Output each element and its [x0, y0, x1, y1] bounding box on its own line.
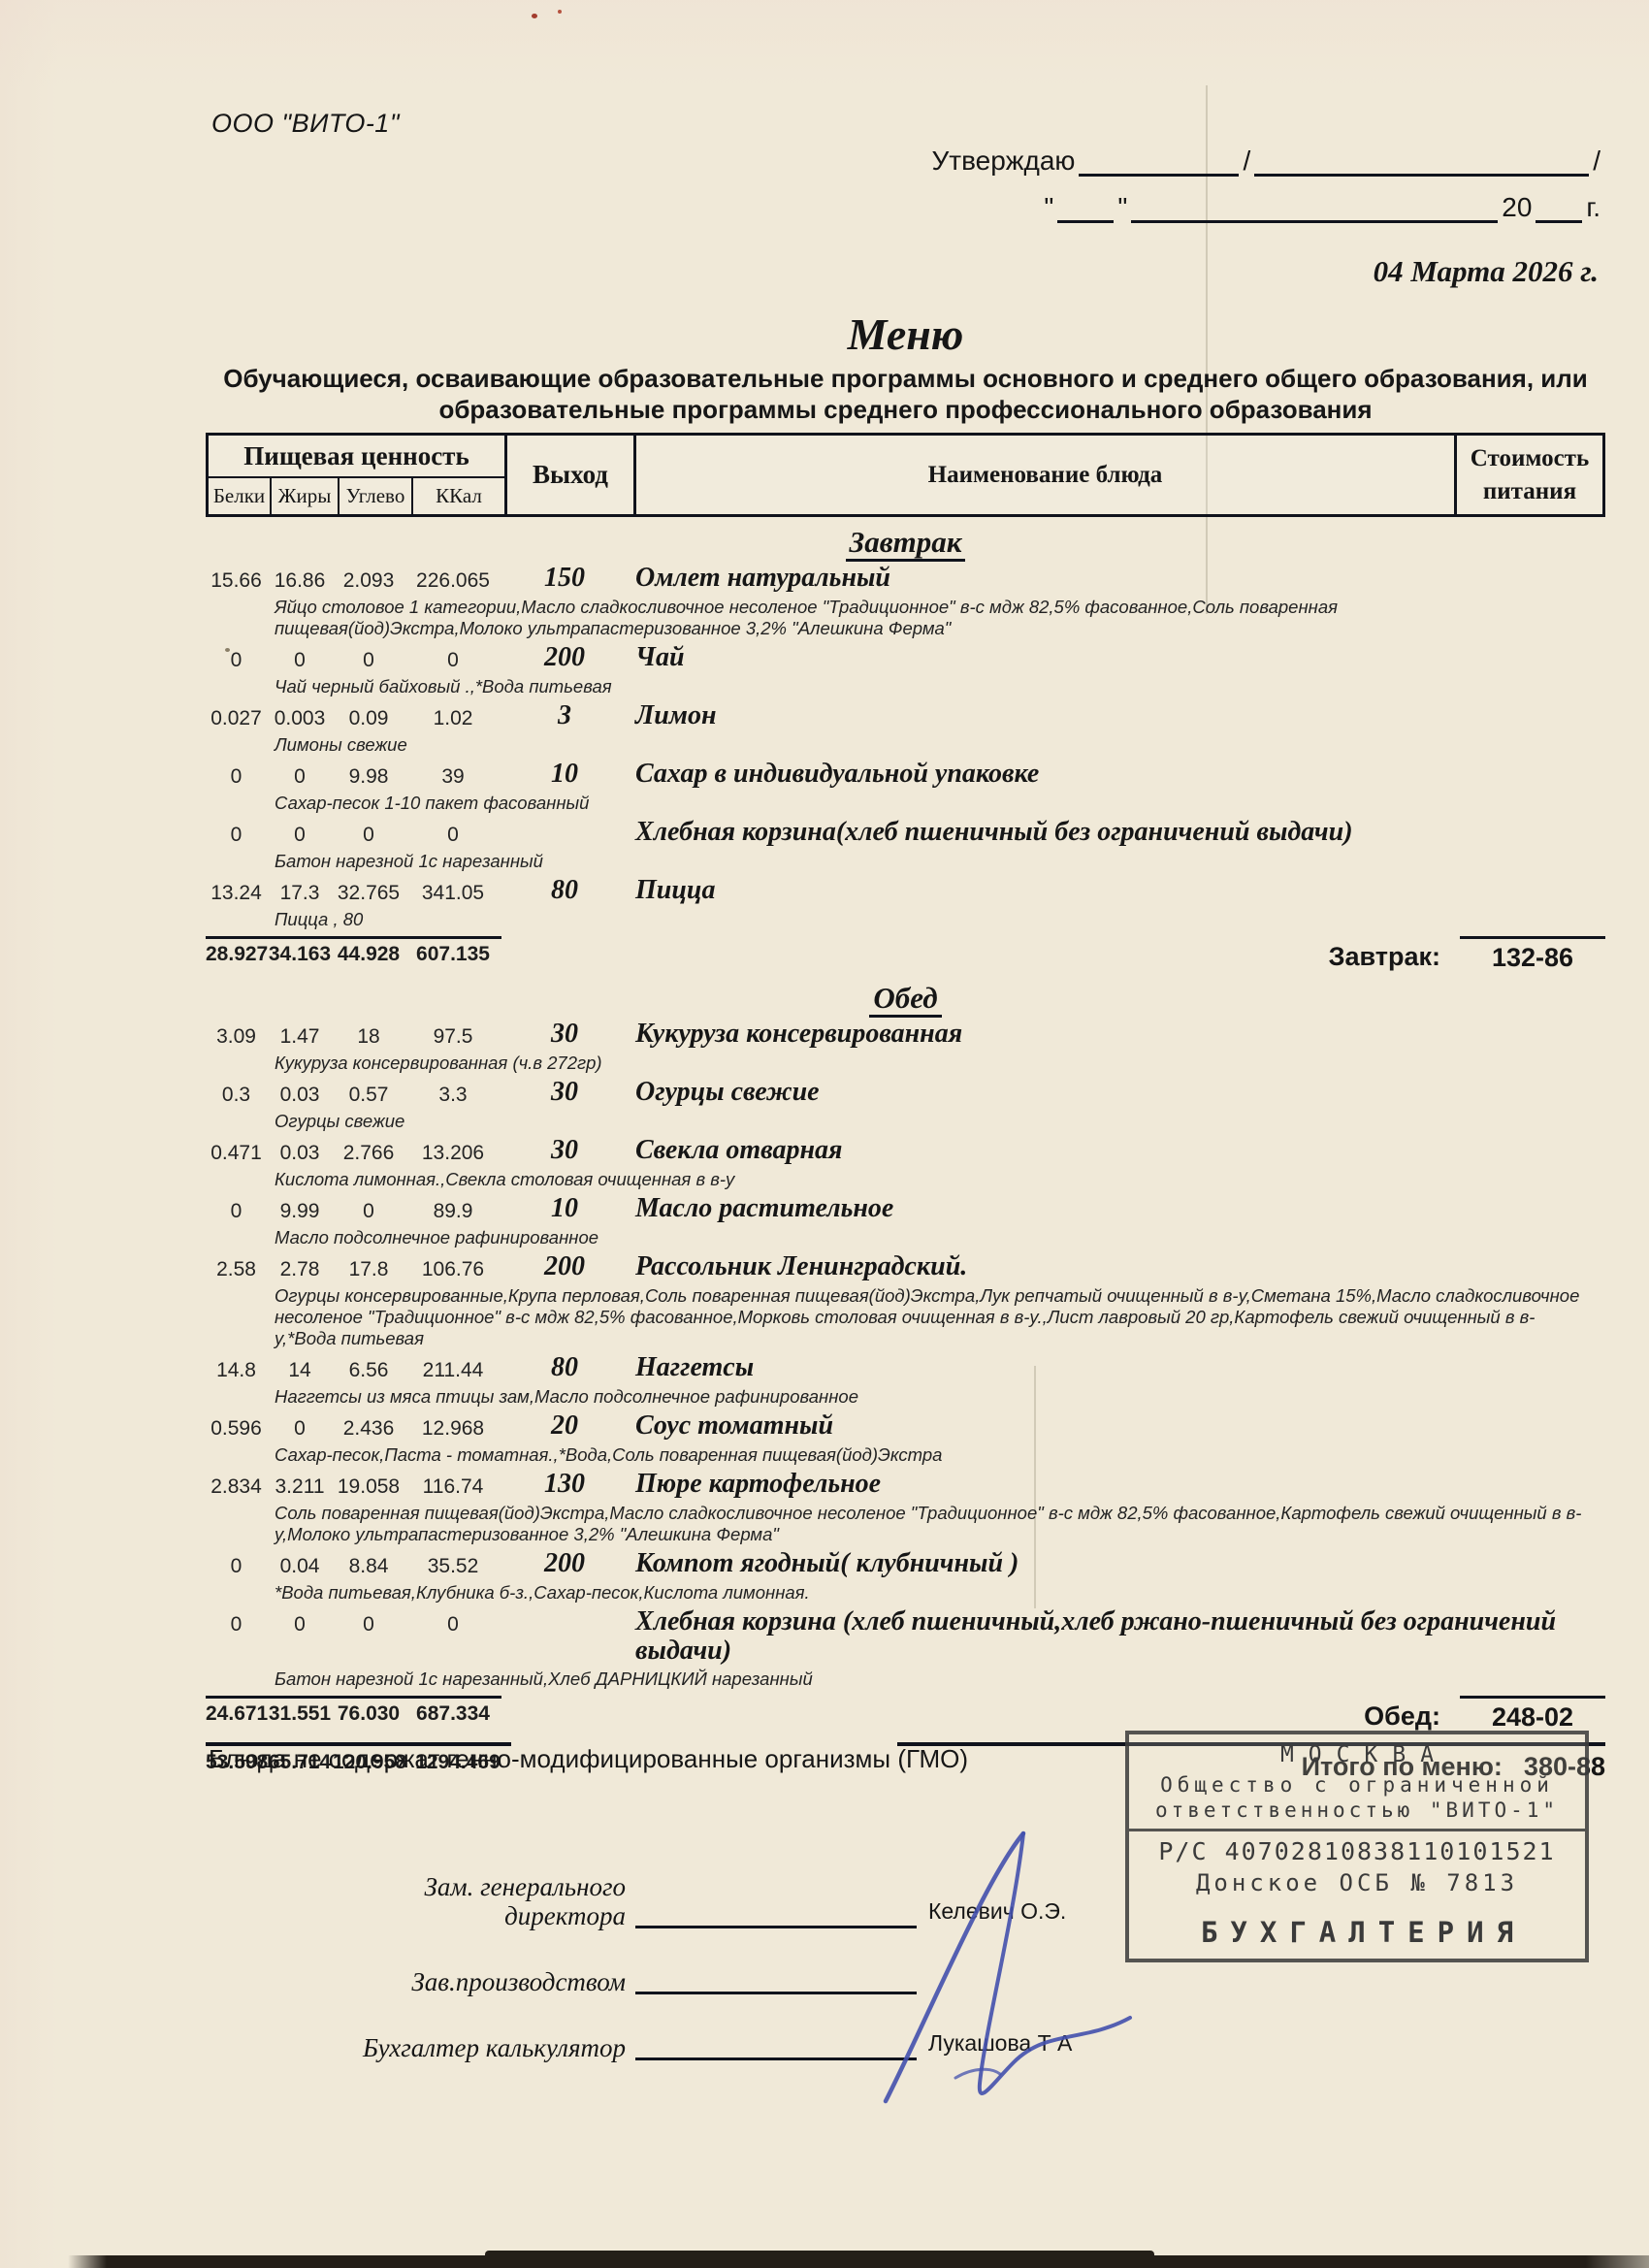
nutrition-subcolumns: Белки Жиры Углево ККал: [209, 478, 504, 514]
column-dish-name: Наименование блюда: [636, 436, 1454, 514]
carbs-value: 18: [333, 1020, 404, 1050]
name-blank: [1254, 150, 1589, 177]
signature-role: Зам. генерального директора: [310, 1872, 626, 1930]
protein-value: 3.09: [206, 1020, 267, 1050]
section-cost-value: 248-02: [1460, 1696, 1605, 1733]
menu-row: 14.8 14 6.56 211.44 80 Наггетсы Наггетсы…: [206, 1353, 1605, 1408]
output-value: 150: [501, 564, 628, 592]
column-kcal: ККал: [413, 478, 504, 514]
fat-value: 0.03: [267, 1078, 333, 1108]
dish-name: Кукуруза консервированная: [628, 1020, 1605, 1049]
stamp-org-line2: ответственностью "ВИТО-1": [1129, 1798, 1585, 1822]
ingredients-text: Пицца , 80: [275, 909, 1588, 930]
signature-name: Келевич О.Э.: [928, 1898, 1066, 1930]
output-value: 30: [501, 1136, 628, 1164]
fat-value: 0: [267, 760, 333, 790]
section-cost-value: 132-86: [1460, 936, 1605, 973]
ingredients-text: *Вода питьевая,Клубника б-з.,Сахар-песок…: [275, 1582, 1588, 1604]
menu-row-main: 0 9.99 0 89.9 10 Масло растительное: [206, 1194, 1605, 1224]
totals-carbs: 76.030: [333, 1701, 404, 1727]
menu-row: 0.596 0 2.436 12.968 20 Соус томатный Са…: [206, 1411, 1605, 1466]
output-value: 200: [501, 643, 628, 671]
kcal-value: 116.74: [404, 1470, 501, 1500]
fat-value: 0: [267, 643, 333, 673]
carbs-value: 17.8: [333, 1252, 404, 1282]
page-footer: Блюда не содержат генно-модифицированные…: [0, 1736, 1649, 2268]
kcal-value: 0: [404, 818, 501, 848]
column-protein: Белки: [209, 478, 272, 514]
output-value: 200: [501, 1252, 628, 1280]
column-cost-line1: Стоимость: [1471, 442, 1589, 475]
kcal-value: 89.9: [404, 1194, 501, 1224]
ingredients-text: Чай черный байховый .,*Вода питьевая: [275, 676, 1588, 697]
carbs-value: 0: [333, 1607, 404, 1637]
fat-value: 14: [267, 1353, 333, 1383]
menu-row: 0.471 0.03 2.766 13.206 30 Свекла отварн…: [206, 1136, 1605, 1190]
menu-row: 0 0 0 0 Хлебная корзина (хлеб пшеничный,…: [206, 1607, 1605, 1690]
menu-row-main: 0 0 0 0 Хлебная корзина(хлеб пшеничный б…: [206, 818, 1605, 848]
signature-line: [635, 1957, 917, 1994]
dish-name: Чай: [628, 643, 1605, 672]
totals-carbs: 44.928: [333, 941, 404, 967]
year-suffix: г.: [1586, 192, 1600, 223]
dish-name: Хлебная корзина(хлеб пшеничный без огран…: [628, 818, 1605, 847]
approval-line-2: " " 20 г.: [863, 192, 1600, 223]
protein-value: 0: [206, 1607, 267, 1637]
ingredients-text: Огурцы консервированные,Крупа перловая,С…: [275, 1285, 1588, 1349]
approve-label: Утверждаю: [931, 146, 1075, 177]
menu-section: Завтрак 15.66 16.86 2.093 226.065 150 Ом…: [206, 525, 1605, 973]
kcal-value: 0: [404, 643, 501, 673]
protein-value: 2.834: [206, 1470, 267, 1500]
ingredients-text: Батон нарезной 1с нарезанный,Хлеб ДАРНИЦ…: [275, 1669, 1588, 1690]
section-rows: 3.09 1.47 18 97.5 30 Кукуруза консервиро…: [206, 1020, 1605, 1690]
signature-role: Бухгалтер калькулятор: [310, 2033, 626, 2062]
menu-row-main: 0.471 0.03 2.766 13.206 30 Свекла отварн…: [206, 1136, 1605, 1166]
ingredients-text: Сахар-песок,Паста - томатная.,*Вода,Соль…: [275, 1444, 1588, 1466]
section-totals-nutrition: 24.671 31.551 76.030 687.334: [206, 1696, 501, 1727]
fat-value: 2.78: [267, 1252, 333, 1282]
signature-row: Зав.производством: [310, 1956, 1426, 1996]
menu-row: 13.24 17.3 32.765 341.05 80 Пицца Пицца …: [206, 876, 1605, 930]
fat-value: 0.003: [267, 701, 333, 731]
stamp-account: Р/С 40702810838110101521: [1129, 1837, 1585, 1865]
output-value: 200: [501, 1549, 628, 1577]
dish-name: Компот ягодный( клубничный ): [628, 1549, 1605, 1578]
carbs-value: 0: [333, 643, 404, 673]
fat-value: 1.47: [267, 1020, 333, 1050]
scan-speck: [558, 10, 562, 14]
menu-row: 0 0 0 0 200 Чай Чай черный байховый .,*В…: [206, 643, 1605, 697]
fat-value: 17.3: [267, 876, 333, 906]
carbs-value: 0.09: [333, 701, 404, 731]
menu-row: 0 0 0 0 Хлебная корзина(хлеб пшеничный б…: [206, 818, 1605, 872]
output-value: 10: [501, 760, 628, 788]
signature-block: Зам. генерального директора Келевич О.Э.…: [310, 1890, 1426, 2088]
section-totals-row: 24.671 31.551 76.030 687.334 Обед: 248-0…: [206, 1696, 1605, 1733]
section-header: Обед: [206, 981, 1605, 1016]
protein-value: 15.66: [206, 564, 267, 594]
column-group-nutrition: Пищевая ценность Белки Жиры Углево ККал: [209, 436, 507, 514]
protein-value: 0: [206, 643, 267, 673]
dish-name: Сахар в индивидуальной упаковке: [628, 760, 1605, 789]
totals-kcal: 687.334: [404, 1701, 501, 1727]
totals-kcal: 607.135: [404, 941, 501, 967]
dish-name: Хлебная корзина (хлеб пшеничный,хлеб ржа…: [628, 1607, 1605, 1666]
dish-name: Масло растительное: [628, 1194, 1605, 1223]
menu-row-main: 3.09 1.47 18 97.5 30 Кукуруза консервиро…: [206, 1020, 1605, 1050]
protein-value: 14.8: [206, 1353, 267, 1383]
protein-value: 0.027: [206, 701, 267, 731]
output-value: 3: [501, 701, 628, 729]
menu-row: 0.3 0.03 0.57 3.3 30 Огурцы свежие Огурц…: [206, 1078, 1605, 1132]
quote-mark: ": [1044, 192, 1053, 223]
month-blank: [1131, 197, 1498, 223]
quote-mark: ": [1117, 192, 1127, 223]
kcal-value: 35.52: [404, 1549, 501, 1579]
section-totals-row: 28.927 34.163 44.928 607.135 Завтрак: 13…: [206, 936, 1605, 973]
stamp-divider: [1129, 1829, 1585, 1831]
section-cost-label: Обед:: [1364, 1696, 1440, 1732]
kcal-value: 13.206: [404, 1136, 501, 1166]
carbs-value: 2.436: [333, 1411, 404, 1442]
menu-row: 3.09 1.47 18 97.5 30 Кукуруза консервиро…: [206, 1020, 1605, 1074]
ingredients-text: Масло подсолнечное рафинированное: [275, 1227, 1588, 1248]
fat-value: 0: [267, 818, 333, 848]
ingredients-text: Наггетсы из мяса птицы зам,Масло подсолн…: [275, 1386, 1588, 1408]
kcal-value: 226.065: [404, 564, 501, 594]
column-cost-line2: питания: [1483, 475, 1576, 508]
ingredients-text: Батон нарезной 1с нарезанный: [275, 851, 1588, 872]
page-subtitle: Обучающиеся, осваивающие образовательные…: [206, 363, 1605, 425]
carbs-value: 9.98: [333, 760, 404, 790]
fat-value: 0.03: [267, 1136, 333, 1166]
protein-value: 0: [206, 1549, 267, 1579]
kcal-value: 39: [404, 760, 501, 790]
menu-content: Меню Обучающиеся, осваивающие образовате…: [206, 310, 1605, 1782]
protein-value: 0.596: [206, 1411, 267, 1442]
signature-row: Зам. генерального директора Келевич О.Э.: [310, 1890, 1426, 1930]
signature-line: [635, 2023, 917, 2060]
kcal-value: 97.5: [404, 1020, 501, 1050]
output-value: 80: [501, 876, 628, 904]
totals-protein: 28.927: [206, 941, 267, 967]
protein-value: 0.471: [206, 1136, 267, 1166]
stamp-org-line1: Общество с ограниченной: [1129, 1773, 1585, 1797]
scan-speck: [532, 14, 537, 18]
section-title: Обед: [869, 981, 941, 1018]
menu-row: 0 0 9.98 39 10 Сахар в индивидуальной уп…: [206, 760, 1605, 814]
fat-value: 16.86: [267, 564, 333, 594]
section-totals-nutrition: 28.927 34.163 44.928 607.135: [206, 936, 501, 967]
section-rows: 15.66 16.86 2.093 226.065 150 Омлет нату…: [206, 564, 1605, 930]
signature-line: [635, 1891, 917, 1928]
ingredients-text: Яйцо столовое 1 категории,Масло сладкосл…: [275, 597, 1588, 639]
signature-row: Бухгалтер калькулятор Лукашова Т А: [310, 2022, 1426, 2062]
carbs-value: 32.765: [333, 876, 404, 906]
gmo-note: Блюда не содержат генно-модифицированные…: [209, 1744, 968, 1774]
menu-row: 2.834 3.211 19.058 116.74 130 Пюре карто…: [206, 1470, 1605, 1545]
menu-row-main: 13.24 17.3 32.765 341.05 80 Пицца: [206, 876, 1605, 906]
table-header: Пищевая ценность Белки Жиры Углево ККал …: [206, 433, 1605, 517]
dish-name: Пюре картофельное: [628, 1470, 1605, 1499]
menu-row: 15.66 16.86 2.093 226.065 150 Омлет нату…: [206, 564, 1605, 639]
protein-value: 0: [206, 760, 267, 790]
signature-role: Зав.производством: [310, 1967, 626, 1996]
menu-row-main: 2.834 3.211 19.058 116.74 130 Пюре карто…: [206, 1470, 1605, 1500]
section-cost: Обед: 248-02: [1364, 1696, 1605, 1733]
fat-value: 0: [267, 1607, 333, 1637]
carbs-value: 0.57: [333, 1078, 404, 1108]
column-output: Выход: [507, 436, 636, 514]
protein-value: 13.24: [206, 876, 267, 906]
fat-value: 0.04: [267, 1549, 333, 1579]
menu-row-main: 0 0 0 0 200 Чай: [206, 643, 1605, 673]
menu-row: 0 0.04 8.84 35.52 200 Компот ягодный( кл…: [206, 1549, 1605, 1604]
menu-row-main: 0 0 0 0 Хлебная корзина (хлеб пшеничный,…: [206, 1607, 1605, 1666]
totals-fat: 34.163: [267, 941, 333, 967]
output-value: 30: [501, 1078, 628, 1106]
stamp-city: МОСКВА: [1129, 1742, 1585, 1767]
output-value: 30: [501, 1020, 628, 1048]
fat-value: 3.211: [267, 1470, 333, 1500]
scan-edge-shadow: [485, 2251, 1154, 2262]
dish-name: Свекла отварная: [628, 1136, 1605, 1165]
section-cost: Завтрак: 132-86: [1329, 936, 1605, 973]
slash: /: [1593, 146, 1600, 177]
scanned-menu-page: ООО "ВИТО-1" Утверждаю / / " " 20 г. 04 …: [0, 0, 1649, 2268]
menu-row: 2.58 2.78 17.8 106.76 200 Рассольник Лен…: [206, 1252, 1605, 1349]
carbs-value: 2.093: [333, 564, 404, 594]
fat-value: 0: [267, 1411, 333, 1442]
ingredients-text: Лимоны свежие: [275, 734, 1588, 756]
section-header: Завтрак: [206, 525, 1605, 560]
carbs-value: 6.56: [333, 1353, 404, 1383]
menu-row: 0.027 0.003 0.09 1.02 3 Лимон Лимоны све…: [206, 701, 1605, 756]
year-prefix: 20: [1502, 192, 1532, 223]
signature-blank: [1079, 150, 1239, 177]
slash: /: [1243, 146, 1250, 177]
ingredients-text: Сахар-песок 1-10 пакет фасованный: [275, 793, 1588, 814]
totals-protein: 24.671: [206, 1701, 267, 1727]
signature-name: Лукашова Т А: [928, 2030, 1072, 2062]
kcal-value: 3.3: [404, 1078, 501, 1108]
ingredients-text: Огурцы свежие: [275, 1111, 1588, 1132]
protein-value: 0.3: [206, 1078, 267, 1108]
menu-row-main: 2.58 2.78 17.8 106.76 200 Рассольник Лен…: [206, 1252, 1605, 1282]
kcal-value: 211.44: [404, 1353, 501, 1383]
dish-name: Наггетсы: [628, 1353, 1605, 1382]
carbs-value: 8.84: [333, 1549, 404, 1579]
protein-value: 0: [206, 818, 267, 848]
totals-fat: 31.551: [267, 1701, 333, 1727]
menu-row-main: 0 0 9.98 39 10 Сахар в индивидуальной уп…: [206, 760, 1605, 790]
kcal-value: 341.05: [404, 876, 501, 906]
ingredients-text: Кукуруза консервированная (ч.в 272гр): [275, 1053, 1588, 1074]
output-value: 130: [501, 1470, 628, 1498]
year-blank: [1536, 197, 1582, 223]
dish-name: Пицца: [628, 876, 1605, 905]
section-title: Завтрак: [846, 525, 966, 562]
dish-name: Соус томатный: [628, 1411, 1605, 1441]
dish-name: Рассольник Ленинградский.: [628, 1252, 1605, 1281]
output-value: 20: [501, 1411, 628, 1440]
carbs-value: 19.058: [333, 1470, 404, 1500]
menu-date: 04 Марта 2026 г.: [1374, 254, 1599, 289]
day-blank: [1057, 197, 1114, 223]
column-nutrition-label: Пищевая ценность: [209, 436, 504, 478]
section-cost-label: Завтрак:: [1329, 936, 1440, 972]
menu-row-main: 0.027 0.003 0.09 1.02 3 Лимон: [206, 701, 1605, 731]
dish-name: Омлет натуральный: [628, 564, 1605, 593]
menu-row-main: 15.66 16.86 2.093 226.065 150 Омлет нату…: [206, 564, 1605, 594]
org-name: ООО "ВИТО-1": [211, 109, 400, 139]
protein-value: 0: [206, 1194, 267, 1224]
kcal-value: 0: [404, 1607, 501, 1637]
fat-value: 9.99: [267, 1194, 333, 1224]
dish-name: Лимон: [628, 701, 1605, 730]
menu-row: 0 9.99 0 89.9 10 Масло растительное Масл…: [206, 1194, 1605, 1248]
ingredients-text: Кислота лимонная.,Свекла столовая очищен…: [275, 1169, 1588, 1190]
carbs-value: 2.766: [333, 1136, 404, 1166]
protein-value: 2.58: [206, 1252, 267, 1282]
menu-section: Обед 3.09 1.47 18 97.5 30 Кукуруза консе…: [206, 981, 1605, 1733]
menu-row-main: 0.3 0.03 0.57 3.3 30 Огурцы свежие: [206, 1078, 1605, 1108]
dish-name: Огурцы свежие: [628, 1078, 1605, 1107]
kcal-value: 12.968: [404, 1411, 501, 1442]
carbs-value: 0: [333, 818, 404, 848]
kcal-value: 1.02: [404, 701, 501, 731]
menu-row-main: 0.596 0 2.436 12.968 20 Соус томатный: [206, 1411, 1605, 1442]
menu-row-main: 14.8 14 6.56 211.44 80 Наггетсы: [206, 1353, 1605, 1383]
column-cost: Стоимость питания: [1454, 436, 1602, 514]
menu-sections: Завтрак 15.66 16.86 2.093 226.065 150 Ом…: [206, 525, 1605, 1733]
column-fat: Жиры: [272, 478, 339, 514]
kcal-value: 106.76: [404, 1252, 501, 1282]
approval-line-1: Утверждаю / /: [863, 146, 1600, 177]
output-value: 80: [501, 1353, 628, 1381]
carbs-value: 0: [333, 1194, 404, 1224]
approval-block: Утверждаю / / " " 20 г.: [863, 146, 1600, 223]
column-carbs: Углево: [339, 478, 413, 514]
page-title: Меню: [206, 310, 1605, 359]
output-value: 10: [501, 1194, 628, 1222]
menu-row-main: 0 0.04 8.84 35.52 200 Компот ягодный( кл…: [206, 1549, 1605, 1579]
ingredients-text: Соль поваренная пищевая(йод)Экстра,Масло…: [275, 1503, 1588, 1545]
